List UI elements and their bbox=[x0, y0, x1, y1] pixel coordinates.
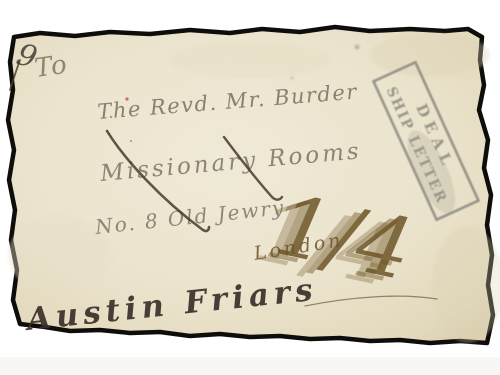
postal-cover-image: 9 To The Revd. Mr. Burder Missionary Roo… bbox=[0, 0, 500, 375]
scan-artifact-strip bbox=[0, 357, 500, 375]
auction-photo: 9 To The Revd. Mr. Burder Missionary Roo… bbox=[0, 0, 500, 375]
salutation-to: To bbox=[33, 50, 70, 84]
